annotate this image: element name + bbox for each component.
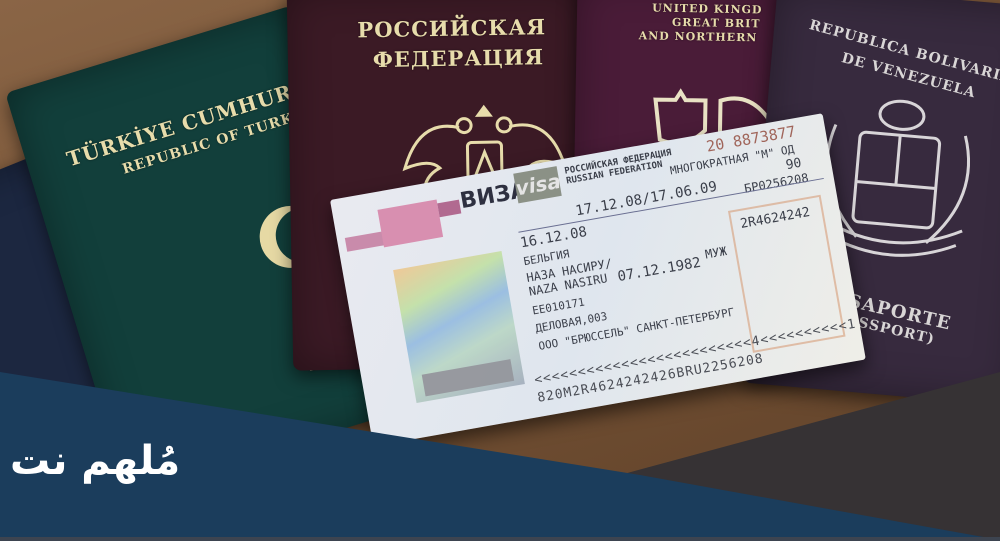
visa-logo: visa bbox=[513, 166, 562, 203]
visa-doc-number: БР0256208 bbox=[743, 171, 809, 196]
passport-uk-line-1: UNITED KINGD bbox=[652, 1, 763, 16]
passport-uk-line-3: AND NORTHERN bbox=[639, 29, 758, 44]
visa-validity: 17.12.08/17.06.09 bbox=[574, 179, 718, 220]
passport-russia-line-2: ФЕДЕРАЦИЯ bbox=[373, 44, 545, 72]
visa-birth-date: 07.12.1982 bbox=[616, 255, 702, 285]
visa-issue-date: 16.12.08 bbox=[519, 224, 588, 251]
visa-sex: МУЖ bbox=[704, 244, 728, 262]
bottom-strip bbox=[0, 537, 1000, 541]
visa-hologram-photo bbox=[393, 251, 525, 403]
brand-logo-text: مُلهم نت bbox=[10, 438, 180, 484]
visa-days: 90 bbox=[785, 156, 803, 173]
passport-russia-line-1: РОССИЙСКАЯ bbox=[357, 14, 546, 42]
visa-pink-mark bbox=[437, 200, 461, 218]
passport-uk-line-2: GREAT BRIT bbox=[672, 16, 761, 31]
visa-pink-emblem bbox=[377, 199, 443, 247]
